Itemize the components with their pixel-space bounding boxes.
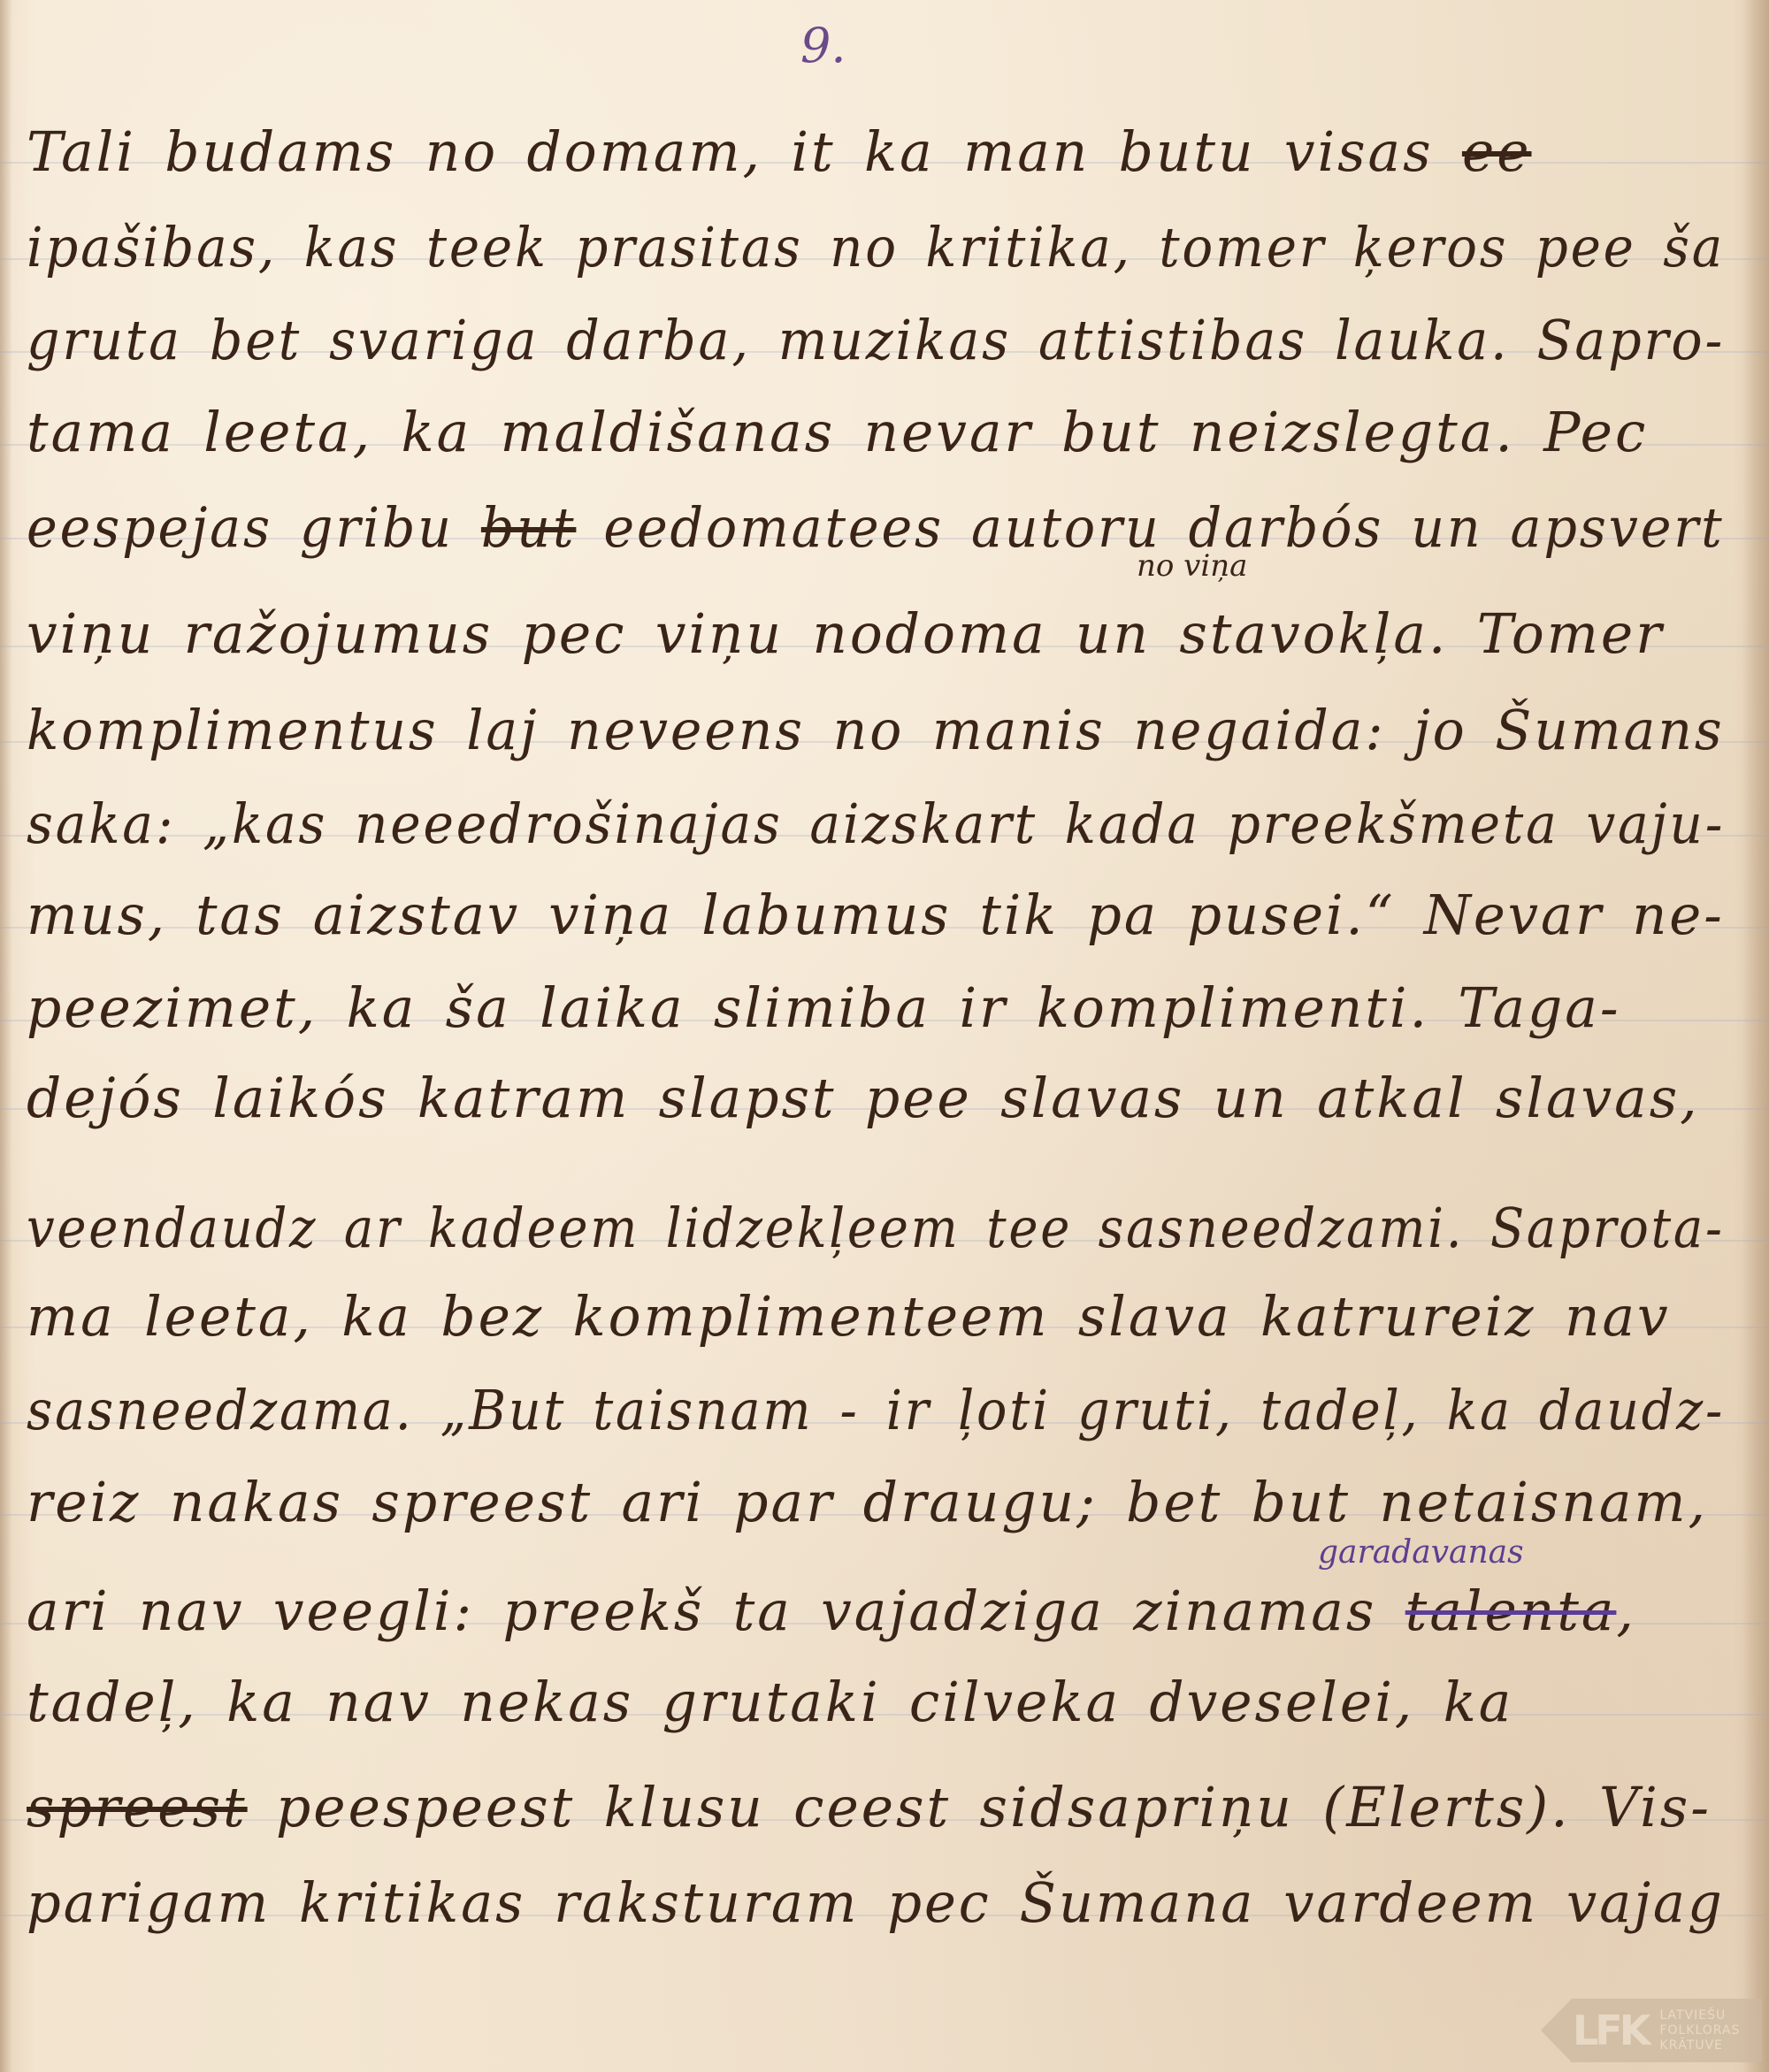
line-text: tadeļ, ka nav nekas grutaki cilveka dves… bbox=[27, 1670, 1513, 1734]
page-edge bbox=[1742, 0, 1769, 2072]
struck-word: spreest bbox=[27, 1775, 248, 1839]
insertion-no-vina: no viņa bbox=[1137, 548, 1247, 584]
struck-word: ee bbox=[1462, 119, 1532, 184]
line-text: ari nav veegli: preekš ta vajadziga zina… bbox=[27, 1579, 1376, 1643]
line-text: ma leeta, ka bez komplimenteem slava kat… bbox=[27, 1284, 1671, 1349]
line-text: reiz nakas spreest ari par draugu; bet b… bbox=[27, 1470, 1708, 1534]
line-text: eespejas gribu bbox=[27, 495, 454, 560]
text-line: ipašibas, kas teek prasitas no kritika, … bbox=[27, 215, 1628, 279]
page-number: 9. bbox=[800, 18, 846, 73]
text-line: dejós laikós katram slapst pee slavas un… bbox=[27, 1066, 1725, 1130]
lfk-logo-icon: LFK bbox=[1573, 2007, 1647, 2054]
insertion-garadavanas: garadavanas bbox=[1318, 1534, 1524, 1571]
manuscript-page: 9. Tali budams no domam, it ka man butu … bbox=[0, 0, 1769, 2072]
text-line: veendaudz ar kadeem lidzekļeem tee sasne… bbox=[27, 1196, 1578, 1260]
struck-word: talenta bbox=[1405, 1579, 1617, 1643]
text-line: mus, tas aizstav viņa labumus tik pa pus… bbox=[27, 883, 1708, 947]
text-line: parigam kritikas raksturam pec Šumana va… bbox=[27, 1870, 1704, 1935]
text-line: tadeļ, ka nav nekas grutaki cilveka dves… bbox=[27, 1670, 1725, 1734]
line-text: peezimet, ka ša laika slimiba ir komplim… bbox=[27, 975, 1621, 1040]
line-text: gruta bet svariga darba, muzikas attisti… bbox=[27, 308, 1725, 372]
line-text: Tali budams no domam, it ka man butu vis… bbox=[27, 119, 1434, 184]
text-line: reiz nakas spreest ari par draugu; bet b… bbox=[27, 1470, 1725, 1534]
text-line: saka: „kas neeedrošinajas aizskart kada … bbox=[27, 791, 1637, 856]
struck-word: but bbox=[481, 495, 577, 560]
text-line: tama leeta, ka maldišanas nevar but neiz… bbox=[27, 400, 1725, 464]
text-line: viņu ražojumus pec viņu nodoma un stavok… bbox=[27, 601, 1725, 666]
text-line: gruta bet svariga darba, muzikas attisti… bbox=[27, 308, 1649, 372]
line-text: mus, tas aizstav viņa labumus tik pa pus… bbox=[27, 883, 1725, 947]
text-line: Tali budams no domam, it ka man butu vis… bbox=[27, 119, 1725, 184]
line-text: , bbox=[1616, 1579, 1635, 1643]
line-text: veendaudz ar kadeem lidzekļeem tee sasne… bbox=[27, 1196, 1725, 1260]
archive-watermark: LFK LATVIEŠU FOLKLORAS KRĀTUVE bbox=[1541, 1999, 1762, 2062]
line-text: komplimentus laj neveens no manis negaid… bbox=[27, 698, 1725, 762]
watermark-line: FOLKLORAS bbox=[1659, 2023, 1740, 2038]
line-text: parigam kritikas raksturam pec Šumana va… bbox=[27, 1870, 1725, 1935]
line-text: viņu ražojumus pec viņu nodoma un stavok… bbox=[27, 601, 1664, 666]
line-text: saka: „kas neeedrošinajas aizskart kada … bbox=[27, 791, 1725, 856]
text-line: ma leeta, ka bez komplimenteem slava kat… bbox=[27, 1284, 1725, 1349]
watermark-line: KRĀTUVE bbox=[1659, 2038, 1740, 2053]
text-line: komplimentus laj neveens no manis negaid… bbox=[27, 698, 1687, 762]
watermark-line: LATVIEŠU bbox=[1659, 2008, 1740, 2023]
watermark-badge: LFK LATVIEŠU FOLKLORAS KRĀTUVE bbox=[1541, 1999, 1762, 2062]
line-text: sasneedzama. „But taisnam - ir ļoti grut… bbox=[27, 1378, 1725, 1442]
text-line: eespejas gribu but eedomatees autoru dar… bbox=[27, 495, 1651, 560]
line-text: tama leeta, ka maldišanas nevar but neiz… bbox=[27, 400, 1648, 464]
line-text: dejós laikós katram slapst pee slavas un… bbox=[27, 1066, 1700, 1130]
binding-edge bbox=[0, 0, 12, 2072]
line-text: peespeest klusu ceest sidsapriņu (Elerts… bbox=[276, 1775, 1712, 1839]
text-line: spreest peespeest klusu ceest sidsapriņu… bbox=[27, 1775, 1725, 1839]
text-line: ari nav veegli: preekš ta vajadziga zina… bbox=[27, 1579, 1725, 1643]
text-line: sasneedzama. „But taisnam - ir ļoti grut… bbox=[27, 1378, 1608, 1442]
text-line: peezimet, ka ša laika slimiba ir komplim… bbox=[27, 975, 1725, 1040]
watermark-text: LATVIEŠU FOLKLORAS KRĀTUVE bbox=[1659, 2008, 1740, 2053]
line-text: ipašibas, kas teek prasitas no kritika, … bbox=[27, 215, 1725, 279]
